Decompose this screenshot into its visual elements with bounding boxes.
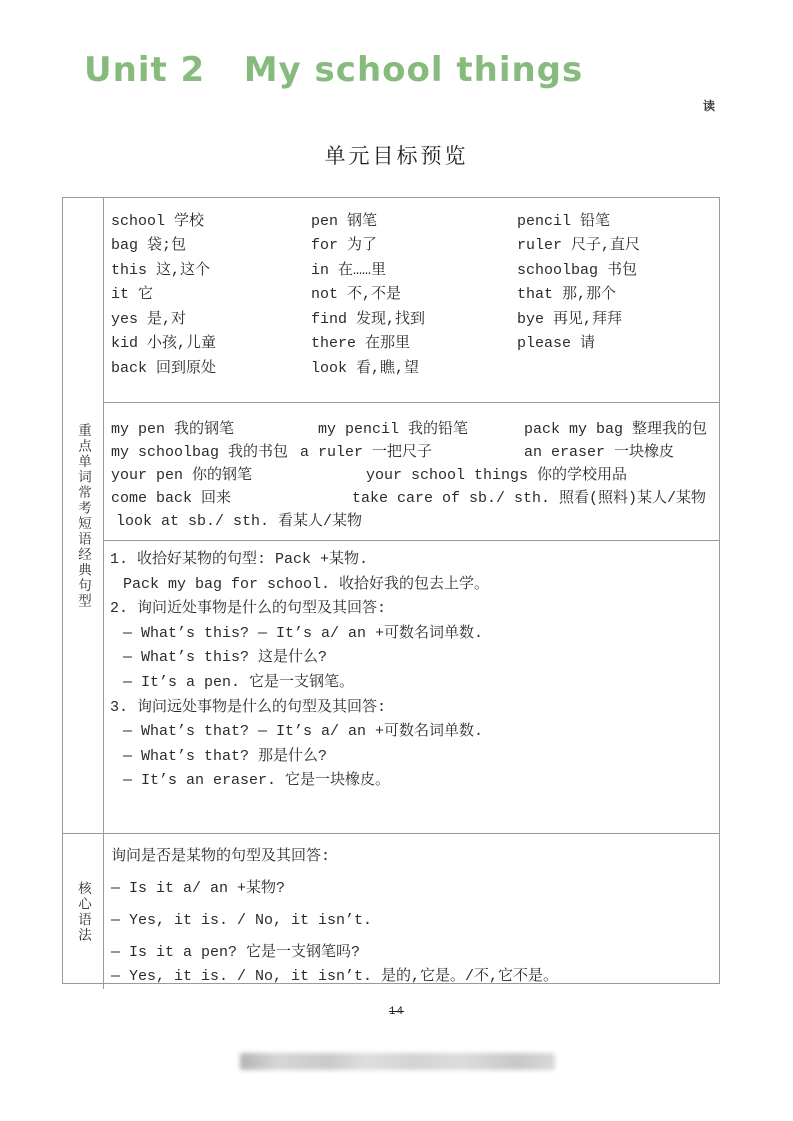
- vocab-entry: this 这,这个: [104, 258, 311, 279]
- vocab-row: yes 是,对 find 发现,找到 bye 再见,拜拜: [104, 305, 719, 330]
- unit-title: Unit 2 My school things: [84, 50, 583, 90]
- blurred-watermark: [240, 1053, 555, 1070]
- phrase-line: come back 回来 take care of sb./ sth. 照看(照…: [104, 486, 719, 509]
- pattern-example: — What’s this? — It’s a/ an +可数名词单数.: [110, 622, 715, 647]
- grammar-line: — Is it a/ an +某物?: [111, 877, 715, 901]
- phrase-entry: pack my bag 整理我的包: [524, 417, 707, 438]
- pattern-example: Pack my bag for school. 收拾好我的包去上学。: [110, 573, 715, 598]
- phrases-section: my pen 我的钢笔 my pencil 我的铅笔 pack my bag 整…: [104, 403, 719, 541]
- row-label-grammar: 核心语法: [73, 881, 93, 943]
- pattern-example: — What’s this? 这是什么?: [110, 646, 715, 671]
- phrase-entry: your pen 你的钢笔: [111, 463, 252, 484]
- row-label-words-phrases-patterns: 重点单词常考短语经典句型: [73, 423, 93, 609]
- pattern-example: — What’s that? 那是什么?: [110, 745, 715, 770]
- phrase-line: look at sb./ sth. 看某人/某物: [104, 509, 719, 532]
- pattern-example: — It’s a pen. 它是一支钢笔。: [110, 671, 715, 696]
- vocab-entry: schoolbag 书包: [511, 258, 719, 279]
- vocab-entry: pencil 铅笔: [511, 209, 719, 230]
- grammar-line: — Yes, it is. / No, it isn’t.: [111, 909, 715, 933]
- phrase-entry: an eraser 一块橡皮: [524, 440, 674, 461]
- phrase-entry: my pen 我的钢笔: [111, 417, 234, 438]
- vocab-row: kid 小孩,儿童 there 在那里 please 请: [104, 330, 719, 355]
- vocab-row: back 回到原处 look 看,瞧,望: [104, 354, 719, 379]
- vocab-entry: please 请: [511, 331, 719, 352]
- phrase-entry: come back 回来: [111, 486, 231, 507]
- words-phrases-patterns-cell: school 学校 pen 钢笔 pencil 铅笔 bag 袋;包 for 为…: [104, 198, 719, 834]
- phrase-entry: take care of sb./ sth. 照看(照料)某人/某物: [352, 486, 706, 507]
- section-heading: 单元目标预览: [0, 140, 793, 170]
- goal-preview-table: 重点单词常考短语经典句型 school 学校 pen 钢笔 pencil 铅笔 …: [62, 197, 720, 984]
- vocab-entry: bag 袋;包: [104, 233, 311, 254]
- vocab-entry: for 为了: [311, 233, 511, 254]
- pattern-heading: 3. 询问远处事物是什么的句型及其回答:: [110, 696, 715, 721]
- grammar-heading: 询问是否是某物的句型及其回答:: [111, 845, 715, 869]
- pattern-heading: 1. 收拾好某物的句型: Pack +某物.: [110, 548, 715, 573]
- worksheet-page: Unit 2 My school things 读 单元目标预览 重点单词常考短…: [0, 0, 793, 1121]
- grammar-line: — Yes, it is. / No, it isn’t. 是的,它是。/不,它…: [111, 965, 715, 989]
- phrase-entry: look at sb./ sth. 看某人/某物: [116, 509, 362, 530]
- phrase-entry: my pencil 我的铅笔: [318, 417, 468, 438]
- page-number: 14: [0, 1006, 793, 1018]
- pattern-example: — What’s that? — It’s a/ an +可数名词单数.: [110, 720, 715, 745]
- phrase-line: my pen 我的钢笔 my pencil 我的铅笔 pack my bag 整…: [104, 417, 719, 440]
- corner-mark: 读: [703, 97, 715, 114]
- vocab-row: bag 袋;包 for 为了 ruler 尺子,直尺: [104, 232, 719, 257]
- pattern-example: — It’s an eraser. 它是一块橡皮。: [110, 769, 715, 794]
- vocab-entry: there 在那里: [311, 331, 511, 352]
- row-label-cell-words: 重点单词常考短语经典句型: [63, 198, 104, 834]
- vocab-entry: ruler 尺子,直尺: [511, 233, 719, 254]
- vocab-entry: yes 是,对: [104, 307, 311, 328]
- phrase-entry: a ruler 一把尺子: [300, 440, 432, 461]
- phrase-line: your pen 你的钢笔 your school things 你的学校用品: [104, 463, 719, 486]
- phrase-line: my schoolbag 我的书包 a ruler 一把尺子 an eraser…: [104, 440, 719, 463]
- pattern-heading: 2. 询问近处事物是什么的句型及其回答:: [110, 597, 715, 622]
- vocab-entry: pen 钢笔: [311, 209, 511, 230]
- vocab-entry: not 不,不是: [311, 282, 511, 303]
- sentence-patterns-section: 1. 收拾好某物的句型: Pack +某物. Pack my bag for s…: [104, 541, 719, 833]
- vocab-row: it 它 not 不,不是 that 那,那个: [104, 281, 719, 306]
- vocab-row: school 学校 pen 钢笔 pencil 铅笔: [104, 207, 719, 232]
- grammar-cell: 询问是否是某物的句型及其回答: — Is it a/ an +某物? — Yes…: [104, 834, 719, 989]
- vocab-row: this 这,这个 in 在……里 schoolbag 书包: [104, 256, 719, 281]
- vocab-entry: that 那,那个: [511, 282, 719, 303]
- vocabulary-section: school 学校 pen 钢笔 pencil 铅笔 bag 袋;包 for 为…: [104, 198, 719, 403]
- row-label-cell-grammar: 核心语法: [63, 834, 104, 989]
- grammar-line: — Is it a pen? 它是一支钢笔吗?: [111, 941, 715, 965]
- vocab-entry: it 它: [104, 282, 311, 303]
- vocab-entry: in 在……里: [311, 258, 511, 279]
- vocab-entry: bye 再见,拜拜: [511, 307, 719, 328]
- phrase-entry: my schoolbag 我的书包: [111, 440, 288, 461]
- vocab-entry: back 回到原处: [104, 356, 311, 377]
- vocab-entry: kid 小孩,儿童: [104, 331, 311, 352]
- vocab-entry: look 看,瞧,望: [311, 356, 511, 377]
- phrase-entry: your school things 你的学校用品: [366, 463, 627, 484]
- vocab-entry: school 学校: [104, 209, 311, 230]
- vocab-entry: find 发现,找到: [311, 307, 511, 328]
